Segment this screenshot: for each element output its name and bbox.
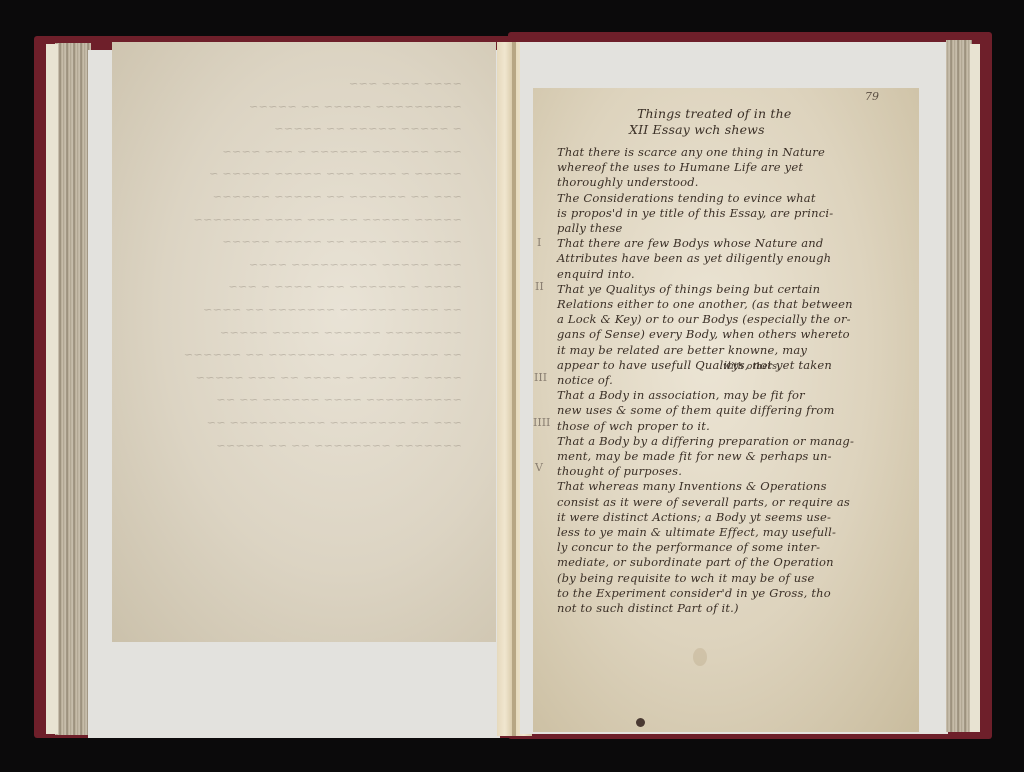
manuscript-line: whereof the uses to Humane Life are yet [557, 160, 854, 175]
manuscript-line: ment, may be made fit for new & perhaps … [557, 449, 854, 464]
left-manuscript-leaf: ~~~~ ~~~~ ~~~ ~~~~~~~~~ ~~~~~ ~~ ~~~~~ ~… [112, 42, 496, 642]
manuscript-line: enquird into. [557, 267, 854, 282]
manuscript-line: appear to have usefull Qualitys, not yet… [557, 358, 854, 373]
show-through-line: ~ ~~~~~ ~~~~~ ~~ ~~~~~ [162, 117, 462, 140]
show-through-line: ~~~~~~~ ~~~~~~~~ ~~ ~~ ~~~~~ [162, 434, 462, 457]
show-through-line: ~~~ ~~ ~~~~~~~~ ~~~~~~~~~~ ~~ [162, 411, 462, 434]
left-flyleaf [46, 44, 58, 734]
manuscript-line: it were distinct Actions; a Body yt seem… [557, 510, 854, 525]
gutter-left-strip [497, 42, 513, 736]
title-line-2: XII Essay wch shews [629, 122, 765, 137]
show-through-line: ~~~ ~~~~ ~~~~ ~~ ~~~~~ ~~~~~ [162, 230, 462, 253]
manuscript-line: thoroughly understood. [557, 175, 854, 190]
manuscript-line: less to ye main & ultimate Effect, may u… [557, 525, 854, 540]
show-through-text: ~~~~ ~~~~ ~~~ ~~~~~~~~~ ~~~~~ ~~ ~~~~~ ~… [162, 72, 462, 456]
show-through-line: ~~~~~~~~ ~~~~~~ ~~~~~ ~~~~~ [162, 321, 462, 344]
show-through-line: ~~~ ~~~~~ ~~~~~~~~~ ~~~~ [162, 253, 462, 276]
manuscript-line: those of wch proper to it. [557, 419, 854, 434]
manuscript-line: to the Experiment consider'd in ye Gross… [557, 586, 854, 601]
manuscript-line: notice of. [557, 373, 854, 388]
show-through-line: ~~~ ~~~~~~ ~~~~~~ ~ ~~~ ~~~~ [162, 140, 462, 163]
manuscript-line: it may be related are better knowne, may [557, 343, 854, 358]
manuscript-line: The Considerations tending to evince wha… [557, 191, 854, 206]
show-through-line: ~~~~~ ~~~~~ ~~ ~~~ ~~~~ ~~~~~~~ [162, 208, 462, 231]
manuscript-line: gans of Sense) every Body, when others w… [557, 327, 854, 342]
manuscript-line: a Lock & Key) or to our Bodys (especiall… [557, 312, 854, 327]
show-through-line: ~~~~~ ~ ~~~~ ~~~ ~~~~~ ~~~~~ ~ [162, 162, 462, 185]
margin-numeral: IIII [533, 416, 550, 429]
manuscript-line: That a Body by a differing preparation o… [557, 434, 854, 449]
paper-stain [693, 648, 707, 666]
manuscript-line: mediate, or subordinate part of the Oper… [557, 555, 854, 570]
manuscript-line: That ye Qualitys of things being but cer… [557, 282, 854, 297]
show-through-line: ~~ ~~~~ ~~~~~~ ~~~~~~~ ~~ ~~~~ [162, 298, 462, 321]
show-through-line: ~~~~~~~~~ ~~~~~ ~~ ~~~~~ [162, 95, 462, 118]
margin-numeral: II [535, 280, 544, 293]
margin-numeral: I [537, 236, 541, 249]
margin-numeral: III [534, 371, 547, 384]
manuscript-line: is propos'd in ye title of this Essay, a… [557, 206, 854, 221]
manuscript-line: That there are few Bodys whose Nature an… [557, 236, 854, 251]
margin-numeral: V [535, 461, 543, 474]
show-through-line: ~~~~ ~~ ~~~~ ~ ~~~~ ~~ ~~~ ~~~~~ [162, 366, 462, 389]
manuscript-line: That there is scarce any one thing in Na… [557, 145, 854, 160]
manuscript-line: not to such distinct Part of it.) [557, 601, 854, 616]
manuscript-line: pally these [557, 221, 854, 236]
show-through-line: ~~~~~~~~~~ ~~~~ ~~~~~~ ~~ ~~ [162, 388, 462, 411]
manuscript-line: (by being requisite to wch it may be of … [557, 571, 854, 586]
manuscript-line: Attributes have been as yet diligently e… [557, 251, 854, 266]
folio-number: 79 [865, 90, 879, 103]
manuscript-line: consist as it were of severall parts, or… [557, 495, 854, 510]
right-page-edges [946, 40, 972, 732]
manuscript-body: That there is scarce any one thing in Na… [557, 145, 854, 616]
right-manuscript-leaf: 79 Things treated of in the XII Essay wc… [533, 88, 919, 732]
manuscript-line: ly concur to the performance of some int… [557, 540, 854, 555]
manuscript-line: Relations either to one another, (as tha… [557, 297, 854, 312]
manuscript-line: thought of purposes. [557, 464, 854, 479]
manuscript-line: That whereas many Inventions & Operation… [557, 479, 854, 494]
manuscript-line: new uses & some of them quite differing … [557, 403, 854, 418]
paper-hole [636, 718, 645, 727]
title-line-1: Things treated of in the [637, 106, 792, 121]
right-flyleaf [970, 44, 980, 732]
show-through-line: ~~~ ~~ ~~~~~~ ~~ ~~~~~ ~~~~~~ [162, 185, 462, 208]
show-through-line: ~~~~ ~ ~~~~~~ ~~~ ~~~~ ~ ~~~ [162, 275, 462, 298]
left-page-edges [55, 43, 91, 735]
show-through-line: ~~ ~~~~~~~ ~~~ ~~~~~~~ ~~ ~~~~~~ [162, 343, 462, 366]
show-through-line: ~~~~ ~~~~ ~~~ [162, 72, 462, 95]
manuscript-line: That a Body in association, may be fit f… [557, 388, 854, 403]
